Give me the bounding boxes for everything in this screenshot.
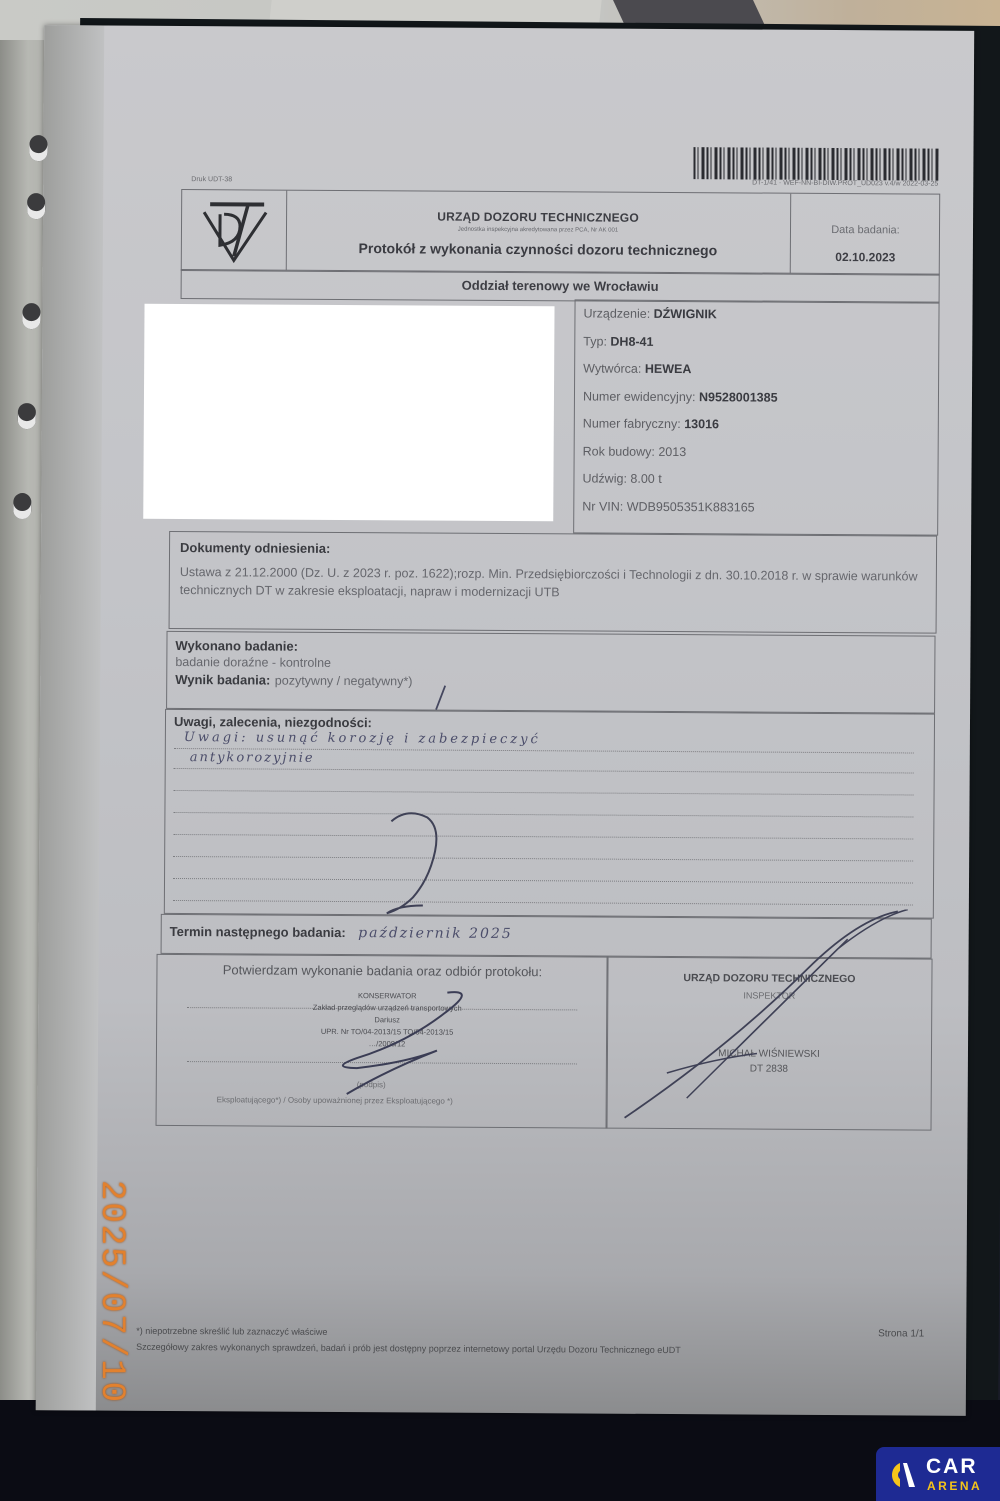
device-field-value: N9528001385 — [699, 390, 778, 404]
device-field: Nr VIN: WDB9505351K883165 — [574, 493, 937, 523]
exam-section: Wykonano badanie: badanie doraźne - kont… — [166, 631, 935, 714]
udt-logo-icon — [182, 190, 286, 271]
handwritten-z-mark-icon — [377, 809, 458, 919]
device-field: Wytwórca: HEWEA — [575, 355, 938, 385]
device-field-value: 2013 — [658, 444, 686, 458]
device-field: Numer ewidencyjny: N9528001385 — [575, 383, 938, 413]
punch-hole — [18, 403, 36, 429]
car-arena-logo-icon — [886, 1459, 916, 1489]
binder-bottom — [0, 1400, 1000, 1501]
handwritten-note-line2: antykorozyjnie — [190, 750, 315, 766]
signature-konserwator-icon — [327, 988, 478, 1099]
device-field-value: 13016 — [684, 417, 719, 431]
device-field-value: HEWEA — [645, 362, 692, 376]
protocol-title: Protokół z wykonania czynności dozoru te… — [286, 240, 790, 259]
device-field: Udźwig: 8.00 t — [574, 465, 937, 495]
notes-section: Uwagi, zalecenia, niezgodności: Uwagi: u… — [164, 709, 935, 919]
device-field-value: DH8-41 — [610, 334, 653, 348]
handwritten-note-line1: Uwagi: usunąć korozję i zabezpieczyć — [184, 730, 541, 747]
date-label: Data badania: — [791, 224, 940, 237]
accreditation: Jednostka inspekcyjna akredytowana przez… — [286, 226, 790, 235]
footer-scope: Szczegółowy zakres wykonanych sprawdzeń,… — [136, 1342, 681, 1355]
car-arena-watermark: CAR ARENA — [876, 1447, 1000, 1501]
redacted-area — [143, 304, 554, 522]
watermark-line1: CAR — [926, 1455, 978, 1479]
branch-office: Oddział terenowy we Wrocławiu — [181, 269, 940, 304]
inspector-section: URZĄD DOZORU TECHNICZNEGO INSPEKTOR MICH… — [606, 957, 933, 1131]
device-field-value: 8.00 t — [630, 472, 661, 486]
inspection-protocol: Druk UDT-38 DT-1/41 · WEF-NN-BI-DIW.PROT… — [36, 25, 974, 1416]
udt-logo — [182, 190, 287, 271]
page-number: Strona 1/1 — [878, 1328, 924, 1339]
document-page: Druk UDT-38 DT-1/41 · WEF-NN-BI-DIW.PROT… — [36, 25, 974, 1416]
watermark-line2: ARENA — [927, 1479, 982, 1493]
photo-timestamp: 2025/07/10 — [86, 1180, 130, 1410]
next-exam-label: Termin następnego badania: — [170, 924, 346, 940]
device-field-label: Urządzenie: — [583, 306, 653, 320]
exam-result-label: Wynik badania: — [175, 672, 270, 688]
device-field-label: Numer fabryczny: — [583, 416, 685, 431]
signature-inspector-icon — [607, 908, 928, 1130]
device-field-label: Numer ewidencyjny: — [583, 389, 699, 404]
footer-note: *) niepotrzebne skreślić lub zaznaczyć w… — [136, 1326, 327, 1337]
device-field-value: WDB9505351K883165 — [627, 499, 755, 514]
device-field: Urządzenie: DŹWIGNIK — [575, 300, 938, 330]
punch-hole — [13, 493, 31, 519]
next-exam-value: październik 2025 — [358, 925, 513, 942]
device-field-value: DŹWIGNIK — [654, 307, 717, 321]
device-field: Rok budowy: 2013 — [575, 438, 938, 468]
exam-result-value: pozytywny / negatywny*) — [275, 674, 413, 689]
references-label: Dokumenty odniesienia: — [180, 540, 926, 560]
device-details: Urządzenie: DŹWIGNIKTyp: DH8-41Wytwórca:… — [573, 299, 939, 535]
device-field-label: Rok budowy: — [583, 444, 659, 458]
confirmation-label: Potwierdzam wykonanie badania oraz odbió… — [157, 961, 607, 982]
org-name: URZĄD DOZORU TECHNICZNEGO — [286, 209, 790, 226]
form-code: Druk UDT-38 — [191, 176, 232, 183]
date-value: 02.10.2023 — [791, 250, 940, 265]
reference-documents: Dokumenty odniesienia: Ustawa z 21.12.20… — [169, 531, 938, 634]
device-field-label: Wytwórca: — [583, 361, 645, 375]
barcode — [693, 147, 938, 180]
form-reference: DT-1/41 · WEF-NN-BI-DIW.PROT_UD023 v.4/w… — [488, 178, 938, 188]
references-text: Ustawa z 21.12.2000 (Dz. U. z 2023 r. po… — [180, 563, 926, 604]
confirmation-section: Potwierdzam wykonanie badania oraz odbió… — [156, 954, 609, 1129]
punch-hole — [22, 303, 40, 329]
device-field-label: Nr VIN: — [582, 499, 627, 513]
strike-mark-icon — [433, 684, 447, 712]
device-field: Numer fabryczny: 13016 — [575, 410, 938, 440]
device-field-label: Udźwig: — [582, 471, 630, 485]
device-field: Typ: DH8-41 — [575, 328, 938, 358]
header: URZĄD DOZORU TECHNICZNEGO Jednostka insp… — [181, 189, 940, 276]
device-field-label: Typ: — [583, 334, 610, 348]
